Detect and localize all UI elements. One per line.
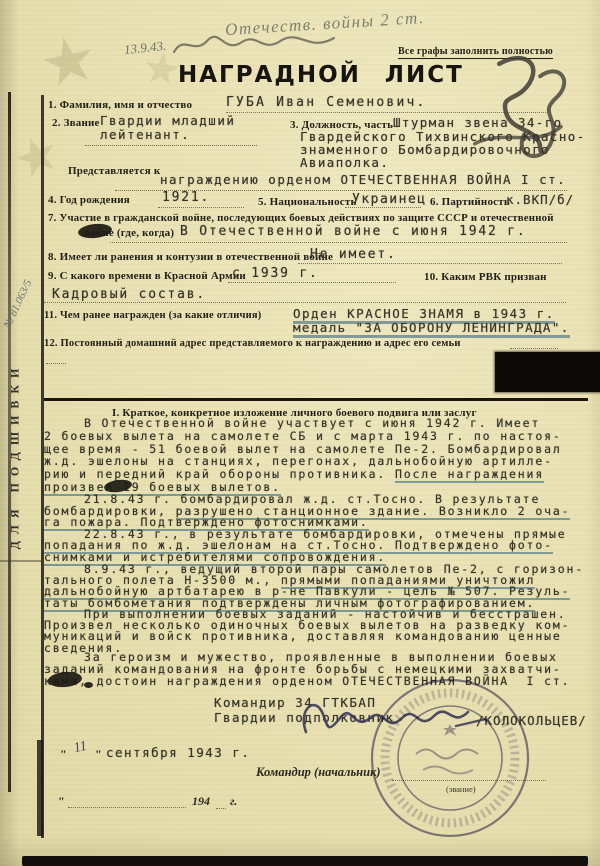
ink-blot [84, 682, 93, 688]
date-quote-open: " [60, 747, 67, 762]
field2-value: лейтенант. [100, 127, 190, 142]
combat-paragraph-5: При выполнении боевых заданий - настойчи… [44, 609, 596, 654]
date-text: сентября 1943 г. [106, 745, 250, 760]
field6-label: 6. Партийность [430, 196, 510, 208]
dotted-line [392, 779, 546, 781]
date-quote-close: " [95, 747, 102, 762]
stamp-icon [368, 676, 533, 841]
dotted-line [110, 241, 567, 243]
combat-paragraph-3: 22.8.43 г., в результате бомбардировки, … [44, 529, 596, 563]
award-sheet-document: ★ ★ ★ ДЛЯ ПОДШИВКИ № 81.063/5 Отечеств. … [0, 0, 600, 866]
year-suffix: г. [230, 794, 237, 809]
margin-rule-heavy [37, 740, 43, 836]
field2-label: 2. Звание [52, 117, 100, 129]
dotted-line [216, 807, 226, 809]
dotted-line [46, 362, 66, 364]
field11-label: 11. Чем ранее награжден (за какие отличи… [44, 310, 261, 321]
field11-value: медаль "ЗА ОБОРОНУ ЛЕНИНГРАДА". [293, 320, 570, 338]
page-title: НАГРАДНОЙ ЛИСТ [178, 62, 464, 88]
field12-label: 12. Постоянный домашний адрес представля… [44, 338, 461, 349]
dotted-line [85, 144, 257, 146]
field4-value: 1921. [162, 190, 210, 205]
combat-paragraph-4: 8.9.43 г., ведущий второй пары самолетов… [44, 564, 596, 609]
field1-label: 1. Фамилия, имя и отчество [48, 99, 192, 111]
represented-label: Представляется к [68, 165, 160, 177]
bottom-commander-label: Командир (начальник) [256, 765, 381, 780]
field1-value: ГУБА Иван Семенович. [226, 95, 427, 110]
handwritten-day: 11 [72, 739, 88, 757]
year-quote: " [58, 794, 65, 809]
field9-value: с 1939 г. [232, 266, 319, 281]
dotted-line [298, 262, 562, 264]
dotted-line [228, 281, 396, 283]
dotted-line [158, 206, 244, 208]
field2-value: Гвардии младший [100, 113, 235, 128]
star-watermark-icon: ★ [7, 126, 69, 191]
field5-label: 5. Национальность [258, 196, 357, 208]
field8-label: 8. Имеет ли ранения и контузии в отечест… [48, 251, 333, 263]
field3-value: Авиаполка. [300, 155, 389, 170]
field3-value: Штурман звена 34-го [393, 115, 563, 130]
represented-value: награждению орденом ОТЕЧЕСТВЕННАЯ ВОЙНА … [160, 172, 566, 187]
bottom-edge [22, 856, 588, 866]
field10-label: 10. Каким РВК призван [424, 271, 547, 283]
pencil-signature-icon [170, 28, 340, 64]
field8-value: Не имеет. [310, 247, 397, 262]
field4-label: 4. Год рождения [48, 194, 130, 206]
dotted-line [226, 111, 548, 113]
section-divider [44, 398, 588, 401]
field9-label: 9. С какого времени в Красной Армии [48, 270, 246, 282]
field7-label: 7. Участие в гражданской войне, последую… [48, 212, 554, 224]
field10-value: Кадровый состав. [52, 287, 206, 302]
dotted-line [68, 806, 186, 808]
field5-value: Украинец [352, 192, 427, 207]
field6-value: к.ВКП/б/ [506, 192, 574, 207]
year-blank: 194 [192, 794, 210, 809]
star-watermark-icon: ★ [34, 25, 103, 100]
dotted-line [44, 301, 566, 303]
rank-hint: (звание) [446, 784, 476, 794]
field7-value: В Отечественной войне с июня 1942 г. [180, 224, 527, 239]
dotted-line [345, 206, 421, 208]
dotted-line [510, 347, 558, 349]
redaction-box [495, 352, 600, 392]
combat-paragraph-2: 21.8.43 г. бомбардировал ж.д. ст.Тосно. … [44, 494, 596, 529]
